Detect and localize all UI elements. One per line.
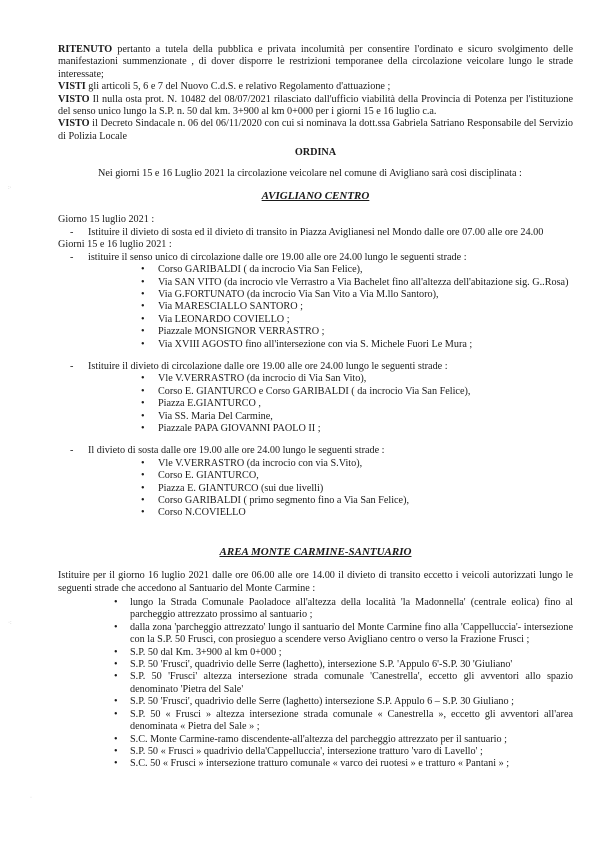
preamble: RITENUTO pertanto a tutela della pubblic… bbox=[58, 44, 573, 143]
list-item: dalla zona 'parcheggio attrezzato' lungo… bbox=[58, 622, 573, 647]
list-item: Vle V.VERRASTRO (da incrocio di Via San … bbox=[58, 373, 573, 385]
list-item: S.P. 50 dal Km. 3+900 al km 0+000 ; bbox=[58, 647, 573, 659]
order-intro: Nei giorni 15 e 16 Luglio 2021 la circol… bbox=[58, 168, 573, 180]
section2-lead: Istituire per il giorno 16 luglio 2021 d… bbox=[58, 570, 573, 595]
section-heading-avigliano-centro: AVIGLIANO CENTRO bbox=[58, 190, 573, 202]
list-item: S.P. 50 « Frusci » altezza intersezione … bbox=[58, 709, 573, 734]
list-item: Via LEONARDO COVIELLO ; bbox=[58, 314, 573, 326]
section2-list: lungo la Strada Comunale Paoladoce all'a… bbox=[58, 597, 573, 771]
list-item: Via SAN VITO (da incrocio vle Verrastro … bbox=[58, 277, 573, 289]
order-title: ORDINA bbox=[58, 147, 573, 159]
list-item: S.C. 50 « Frusci » intersezione tratturo… bbox=[58, 758, 573, 770]
preamble-visto-decreto: VISTO il Decreto Sindacale n. 06 del 06/… bbox=[58, 118, 573, 143]
scan-speck: ·: bbox=[8, 620, 12, 626]
day2-label: Giorni 15 e 16 luglio 2021 : bbox=[58, 239, 573, 251]
list-item: Via SS. Maria Del Carmine, bbox=[58, 411, 573, 423]
list-item: Via G.FORTUNATO (da incrocio Via San Vit… bbox=[58, 289, 573, 301]
day1-label: Giorno 15 luglio 2021 : bbox=[58, 214, 573, 226]
list-item: S.P. 50 'Frusci' altezza intersezione st… bbox=[58, 671, 573, 696]
list-item: Vle V.VERRASTRO (da incrocio con via S.V… bbox=[58, 458, 573, 470]
list-item: S.C. Monte Carmine-ramo discendente-all'… bbox=[58, 734, 573, 746]
preamble-ritenuto: RITENUTO pertanto a tutela della pubblic… bbox=[58, 44, 573, 81]
list-item: lungo la Strada Comunale Paoladoce all'a… bbox=[58, 597, 573, 622]
list-item: S.P. 50 'Frusci', quadrivio delle Serre … bbox=[58, 659, 573, 671]
day1-item: Istituire il divieto di sosta ed il divi… bbox=[58, 227, 573, 239]
preamble-visti: VISTI gli articoli 5, 6 e 7 del Nuovo C.… bbox=[58, 81, 573, 93]
list-item: Piazzale MONSIGNOR VERRASTRO ; bbox=[58, 326, 573, 338]
ordinance-page: RITENUTO pertanto a tutela della pubblic… bbox=[58, 44, 573, 771]
list-item: Corso N.COVIELLO bbox=[58, 507, 573, 519]
list-item: Piazzale PAPA GIOVANNI PAOLO II ; bbox=[58, 423, 573, 435]
group-no-parking-list: Vle V.VERRASTRO (da incrocio con via S.V… bbox=[58, 458, 573, 520]
group-no-traffic-list: Vle V.VERRASTRO (da incrocio di Via San … bbox=[58, 373, 573, 435]
scan-speck: :· bbox=[8, 185, 12, 191]
list-item: Corso GARIBALDI ( primo segmento fino a … bbox=[58, 495, 573, 507]
list-item: Piazza E. GIANTURCO (sui due livelli) bbox=[58, 483, 573, 495]
preamble-visto-nulla-osta: VISTO Il nulla osta prot. N. 10482 del 0… bbox=[58, 94, 573, 119]
section-heading-monte-carmine: AREA MONTE CARMINE-SANTUARIO bbox=[58, 546, 573, 558]
list-item: Via MARESCIALLO SANTORO ; bbox=[58, 301, 573, 313]
list-item: Corso E. GIANTURCO e Corso GARIBALDI ( d… bbox=[58, 386, 573, 398]
list-item: Via XVIII AGOSTO fino all'intersezione c… bbox=[58, 339, 573, 351]
group-one-way-lead: istituire il senso unico di circolazione… bbox=[58, 252, 573, 264]
group-no-parking-lead: Il divieto di sosta dalle ore 19.00 alle… bbox=[58, 445, 573, 457]
list-item: Corso GARIBALDI ( da incrocio Via San Fe… bbox=[58, 264, 573, 276]
group-one-way-list: Corso GARIBALDI ( da incrocio Via San Fe… bbox=[58, 264, 573, 351]
list-item: S.P. 50 'Frusci', quadrivio delle Serre … bbox=[58, 696, 573, 708]
list-item: S.P. 50 « Frusci » quadrivio della'Cappe… bbox=[58, 746, 573, 758]
scan-speck: · bbox=[30, 795, 32, 801]
group-no-traffic-lead: Istituire il divieto di circolazione dal… bbox=[58, 361, 573, 373]
list-item: Corso E. GIANTURCO, bbox=[58, 470, 573, 482]
list-item: Piazza E.GIANTURCO , bbox=[58, 398, 573, 410]
